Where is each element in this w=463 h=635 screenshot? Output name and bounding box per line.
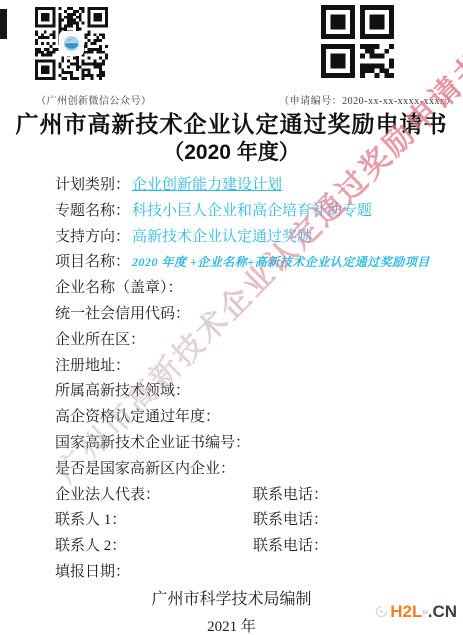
form-title: 广州市高新技术企业认定通过奖励申请书 (0, 106, 463, 139)
form-year-subtitle: （2020 年度） (0, 136, 463, 166)
field-label: 注册地址： (55, 358, 130, 374)
field-row-hightech-domain: 所属高新技术领域： (55, 379, 457, 405)
field-label: 支持方向： (55, 229, 130, 245)
field-label: 是否是国家高新区内企业： (55, 461, 235, 477)
field-row-topic-name: 专题名称：科技小巨人企业和高企培育补助专题 (55, 199, 457, 225)
application-number-qr-code (320, 5, 395, 78)
field-label: 国家高新技术企业证书编号： (55, 435, 250, 451)
h2l-swirl-icon (374, 604, 389, 619)
application-number-caption: （申请编号：2020-xx-xx-xxxx-xxxx） (279, 92, 456, 107)
field-label: 高企资格认定通过年度： (55, 409, 220, 425)
contact-row-contact1: 联系人 1： 联系电话： (55, 508, 457, 534)
field-row-project-name: 项目名称：2020 年度 +企业名称+高新技术企业认定通过奖励项目 (55, 250, 457, 276)
field-row-certificate-number: 国家高新技术企业证书编号： (55, 431, 457, 457)
field-label: 联系人 2： (55, 538, 126, 554)
h2l-logo-main: H2L (390, 602, 422, 622)
contact-row-contact2: 联系人 2： 联系电话： (55, 534, 457, 560)
field-row-plan-category: 计划类别：企业创新能力建设计划 (55, 173, 457, 199)
field-label: 统一社会信用代码： (55, 306, 190, 322)
field-label: 计划类别： (55, 177, 130, 193)
field-row-support-direction: 支持方向：高新技术企业认定通过奖励 (55, 225, 457, 251)
field-row-credit-code: 统一社会信用代码： (55, 302, 457, 328)
application-form-page: （广州创新微信公众号） （申请编号：2020-xx-xx-xxxx-xxxx） … (0, 0, 463, 635)
field-row-company-name: 企业名称（盖章）： (55, 276, 457, 302)
field-row-in-hightech-zone: 是否是国家高新区内企业： (55, 457, 457, 483)
field-label: 企业名称（盖章）： (55, 280, 183, 296)
qr-center-logo (59, 31, 84, 56)
field-value: 科技小巨人企业和高企培育补助专题 (132, 203, 372, 219)
field-row-fill-date: 填报日期： (55, 560, 457, 586)
h2l-logo: H2Lru.CN (374, 600, 457, 623)
field-row-registered-address: 注册地址： (55, 354, 457, 380)
field-label: 填报日期： (55, 564, 130, 580)
field-value: 高新技术企业认定通过奖励 (132, 229, 312, 245)
field-label: 专题名称： (55, 203, 130, 219)
field-value: 企业创新能力建设计划 (132, 177, 282, 193)
field-label: 所属高新技术领域： (55, 383, 190, 399)
contact-row-legal-representative: 企业法人代表： 联系电话： (55, 483, 457, 509)
field-label: 企业所在区： (55, 332, 145, 348)
field-row-certification-year: 高企资格认定通过年度： (55, 405, 457, 431)
phone-label: 联系电话： (253, 534, 328, 560)
field-label: 项目名称： (55, 254, 130, 270)
phone-label: 联系电话： (253, 508, 328, 534)
h2l-logo-suffix: .CN (428, 602, 457, 622)
guangzhou-innovation-logo-icon (61, 33, 82, 54)
scan-edge-artifact (0, 9, 7, 39)
wechat-qr-caption: （广州创新微信公众号） (36, 92, 152, 107)
field-value: 2020 年度 +企业名称+高新技术企业认定通过奖励项目 (132, 255, 430, 269)
field-label: 企业法人代表： (55, 487, 160, 503)
field-label: 联系人 1： (55, 512, 126, 528)
field-row-district: 企业所在区： (55, 328, 457, 354)
phone-label: 联系电话： (253, 483, 328, 509)
form-fields: 计划类别：企业创新能力建设计划 专题名称：科技小巨人企业和高企培育补助专题 支持… (55, 173, 457, 586)
